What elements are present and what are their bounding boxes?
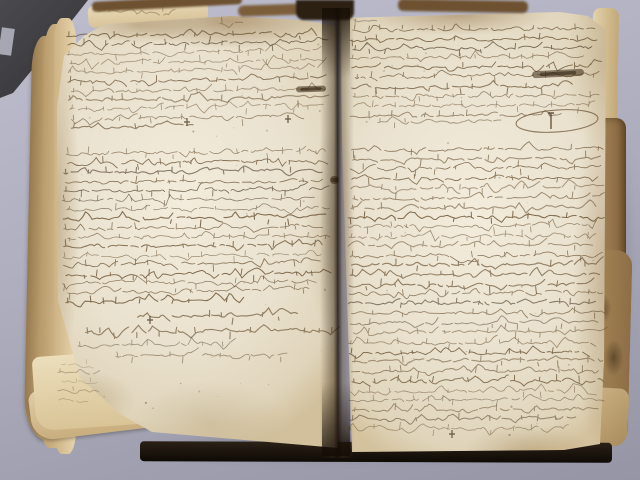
gutter-shadow-top — [322, 8, 350, 78]
paper-speck — [366, 44, 367, 45]
paper-speck — [436, 70, 437, 71]
paper-speck — [236, 165, 237, 166]
paper-speck — [421, 159, 422, 160]
handwriting-line — [349, 394, 605, 405]
paper-speck — [384, 197, 386, 199]
handwriting-line — [352, 172, 598, 184]
paper-speck — [89, 117, 91, 119]
paper-speck — [513, 425, 515, 427]
paper-speck — [535, 313, 536, 314]
paper-speck — [192, 130, 194, 132]
paper-speck — [198, 391, 200, 393]
paper-speck — [158, 299, 159, 300]
handwriting-line — [65, 175, 322, 184]
paper-speck — [417, 64, 419, 66]
gutter-shadow-bottom — [322, 382, 350, 456]
paper-speck — [139, 81, 141, 83]
paper-speck — [136, 84, 137, 85]
handwriting-line — [64, 182, 329, 197]
handwriting-line — [68, 231, 331, 241]
paper-speck — [568, 364, 570, 366]
paper-speck — [388, 421, 389, 422]
cross-mark — [449, 430, 455, 438]
handwriting-line — [350, 413, 575, 424]
paper-speck — [81, 174, 83, 176]
handwriting-line — [72, 113, 304, 126]
handwriting-line — [351, 316, 598, 330]
handwriting-line — [378, 117, 501, 128]
handwriting-line — [64, 166, 322, 176]
handwriting-line — [352, 403, 598, 413]
paper-speck — [448, 287, 449, 288]
paper-speck — [491, 402, 492, 403]
paper-speck — [466, 351, 467, 352]
paper-speck — [233, 127, 235, 129]
handwriting-line — [64, 239, 322, 251]
paper-speck — [103, 396, 104, 397]
handwriting-line — [116, 348, 287, 363]
handwriting-line — [78, 338, 236, 350]
paper-speck — [499, 177, 501, 179]
paper-speck — [241, 95, 243, 97]
paper-speck — [152, 407, 153, 408]
handwriting-line — [67, 44, 322, 61]
handwriting-line — [67, 203, 330, 214]
paper-speck — [423, 70, 425, 72]
paper-speck — [449, 398, 451, 400]
handwriting-line — [68, 37, 328, 51]
handwriting-line — [68, 74, 326, 86]
handwriting-line — [68, 286, 309, 300]
cross-mark — [285, 115, 291, 123]
handwriting-line — [352, 142, 604, 158]
paper-speck — [272, 254, 274, 256]
handwriting-line — [351, 200, 596, 214]
paper-speck — [282, 86, 283, 87]
paper-speck — [369, 328, 370, 329]
paper-speck — [411, 351, 412, 352]
handwriting-line — [70, 55, 326, 69]
handwriting-line — [63, 212, 326, 227]
handwriting-line — [354, 101, 595, 114]
handwriting-line — [62, 377, 97, 383]
handwriting-line — [62, 360, 94, 369]
paper-speck — [206, 198, 207, 199]
paper-speck — [174, 106, 175, 107]
paper-speck — [158, 335, 159, 336]
paper-speck — [246, 213, 247, 214]
handwriting-line — [349, 219, 597, 234]
handwriting-line — [59, 399, 88, 403]
handwriting-line — [348, 211, 604, 224]
paper-speck — [447, 142, 449, 144]
paper-speck — [502, 369, 503, 370]
paper-speck — [527, 202, 528, 203]
paper-speck — [508, 434, 510, 436]
paper-speck — [369, 118, 370, 119]
paper-speck — [395, 162, 396, 163]
handwriting-line — [352, 81, 573, 95]
handwriting-line — [68, 92, 329, 107]
handwriting-line — [66, 268, 331, 281]
paper-speck — [303, 200, 305, 202]
handwriting-line — [220, 18, 242, 28]
handwriting-line — [353, 325, 607, 338]
paper-speck — [521, 286, 523, 288]
handwriting-line — [350, 162, 601, 175]
paper-speck — [145, 402, 147, 404]
handwriting-line — [353, 42, 592, 56]
paper-speck — [374, 358, 375, 359]
paper-speck — [243, 282, 245, 284]
paper-speck — [211, 357, 213, 359]
handwriting-line — [86, 325, 340, 339]
paper-speck — [590, 63, 592, 65]
paper-speck — [123, 139, 124, 140]
handwriting-line — [66, 293, 244, 307]
paper-speck — [592, 260, 593, 261]
paper-speck — [145, 49, 146, 50]
paper-speck — [240, 383, 241, 384]
handwriting-line — [70, 101, 324, 114]
handwriting-line — [352, 307, 607, 319]
handwriting-line — [138, 308, 298, 324]
handwriting-line — [349, 230, 596, 242]
handwriting-line — [67, 28, 317, 40]
paper-speck — [510, 406, 512, 408]
paper-speck — [265, 304, 266, 305]
handwriting-line — [349, 422, 569, 435]
manuscript-photo — [0, 0, 640, 480]
paper-speck — [411, 370, 412, 371]
handwriting-line — [98, 6, 175, 15]
handwriting-line — [351, 384, 597, 398]
paper-speck — [536, 423, 537, 424]
paper-speck — [366, 121, 368, 123]
handwriting-line — [353, 192, 605, 201]
paper-speck — [461, 97, 462, 98]
handwriting-line — [350, 33, 597, 46]
handwriting-line — [350, 110, 561, 118]
handwriting-line — [349, 335, 596, 349]
handwriting-line — [353, 91, 599, 101]
paper-speck — [375, 28, 376, 29]
paper-speck — [180, 383, 182, 385]
handwriting-line — [62, 194, 314, 207]
handwriting-line — [348, 238, 592, 251]
handwriting-line — [66, 146, 325, 159]
paper-speck — [266, 130, 268, 132]
handwriting-line — [348, 298, 595, 307]
handwriting-line — [354, 19, 377, 25]
paper-speck — [205, 229, 206, 230]
paper-speck — [242, 93, 243, 94]
paper-speck — [176, 332, 177, 333]
handwriting-line — [350, 268, 599, 279]
paper-speck — [162, 194, 163, 195]
paper-speck — [498, 57, 499, 58]
handwriting-line — [58, 369, 100, 374]
paper-speck — [404, 232, 406, 234]
handwriting-line — [353, 24, 595, 33]
handwriting-line — [64, 258, 321, 272]
handwriting-line — [58, 387, 99, 394]
paper-speck — [217, 396, 218, 397]
paper-speck — [240, 50, 242, 52]
handwriting-line — [64, 222, 323, 234]
paper-speck — [216, 136, 217, 137]
handwriting-line — [68, 156, 328, 169]
paper-speck — [386, 290, 387, 291]
paper-speck — [391, 65, 393, 67]
handwriting-line — [353, 155, 601, 167]
circled-annotation — [515, 107, 598, 135]
paper-speck — [268, 384, 269, 385]
paper-speck — [413, 358, 414, 359]
handwriting-line — [352, 375, 603, 387]
handwriting-line — [352, 257, 604, 271]
paper-speck — [383, 70, 385, 72]
paper-speck — [425, 52, 427, 54]
